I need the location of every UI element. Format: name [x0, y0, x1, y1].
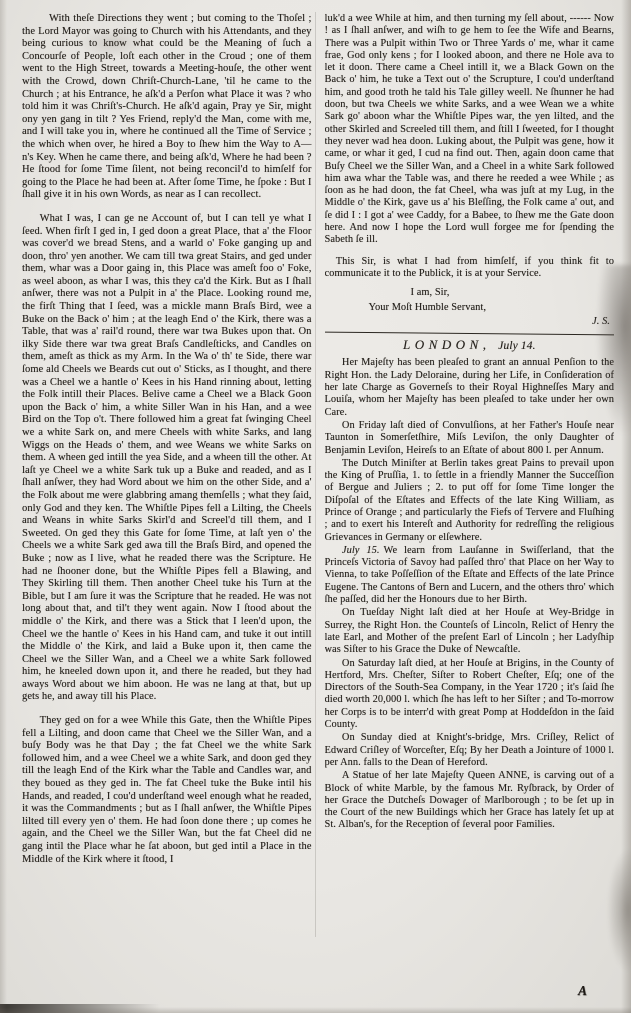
news-item: Her Majeſty has been pleaſed to grant an…	[325, 357, 615, 418]
news-item: A Statue of her late Majeſty Queen ANNE,…	[325, 770, 615, 831]
letter-signature: J. S.	[325, 316, 615, 328]
news-item-text: On Tueſday Night laſt died at her Houſe …	[325, 607, 615, 655]
dateline-heading: LONDON, July 14.	[325, 339, 615, 353]
printers-signature-mark: A	[578, 983, 587, 999]
news-item-text: On Sunday died at Knight's-bridge, Mrs. …	[325, 732, 615, 768]
news-item: On Sunday died at Knight's-bridge, Mrs. …	[325, 732, 615, 769]
page-edge-shadow	[0, 0, 7, 1013]
letter-paragraph: What I was, I can ge ne Account of, but …	[22, 213, 312, 704]
dateline-city: LONDON,	[403, 337, 491, 352]
letter-salutation: I am, Sir,	[411, 287, 615, 299]
news-item-text: Her Majeſty has been pleaſed to grant an…	[325, 357, 615, 417]
right-column: luk'd a wee While at him, and then turni…	[325, 13, 615, 1005]
page-edge-shadow	[0, 1007, 631, 1013]
letter-closing-note: This Sir, is what I had from himſelf, if…	[325, 256, 615, 281]
news-item-text: The Dutch Miniſter at Berlin takes great…	[325, 458, 615, 543]
news-item: On Saturday laſt died, at her Houſe at B…	[325, 658, 615, 732]
news-item: The Dutch Miniſter at Berlin takes great…	[325, 458, 615, 544]
letter-paragraph: They ged on for a wee While this Gate, t…	[22, 715, 312, 866]
section-divider-rule	[325, 332, 615, 336]
news-item-dateline: July 15.	[342, 545, 380, 556]
news-item-text: A Statue of her late Majeſty Queen ANNE,…	[325, 770, 615, 830]
newspaper-page-scan: With theſe Directions they went ; but co…	[0, 0, 631, 1013]
letter-paragraph: With theſe Directions they went ; but co…	[22, 13, 312, 202]
text-columns: With theſe Directions they went ; but co…	[0, 0, 631, 1005]
dateline-date: July 14.	[498, 340, 535, 352]
news-item: On Friday laſt died of Convulſions, at h…	[325, 420, 615, 457]
left-column: With theſe Directions they went ; but co…	[22, 13, 312, 1005]
news-item-text: On Friday laſt died of Convulſions, at h…	[325, 420, 615, 456]
letter-valediction: Your Moſt Humble Servant,	[369, 302, 615, 314]
letter-paragraph-continuation: luk'd a wee While at him, and then turni…	[325, 13, 615, 247]
news-item: On Tueſday Night laſt died at her Houſe …	[325, 607, 615, 656]
news-item-text: On Saturday laſt died, at her Houſe at B…	[325, 658, 615, 730]
news-item: July 15.We learn from Lauſanne in Swiſſe…	[325, 545, 615, 606]
page-edge-shadow	[621, 0, 631, 1013]
